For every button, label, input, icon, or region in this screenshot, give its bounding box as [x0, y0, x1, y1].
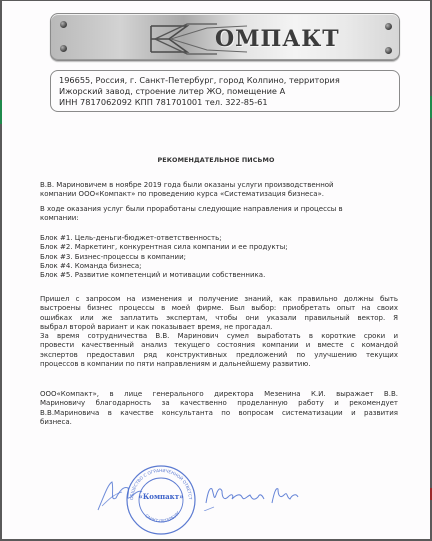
directions-paragraph: В ходе оказания услуг были проработаны с…: [40, 205, 398, 224]
text-line: выстроены бизнес процессы в моей фирме. …: [40, 304, 398, 313]
text-line: Мариновичу благодарность за качественно …: [40, 399, 398, 408]
text-line: компании:: [40, 214, 398, 223]
rivet-icon: [60, 45, 67, 52]
text-line: В.В. Мариновичем в ноябре 2019 года были…: [40, 181, 398, 190]
address-box: 196655, Россия, г. Санкт-Петербург, горо…: [50, 70, 400, 112]
text-line: В.В.Мариновича в качестве консультанта п…: [40, 409, 398, 418]
list-item: Блок #3. Бизнес-процессы в компании;: [40, 253, 398, 262]
document-page: ОМПАКТ 196655, Россия, г. Санкт-Петербур…: [2, 1, 430, 539]
text-line: выбрал второй вариант и как показывает в…: [40, 323, 398, 332]
document-title: РЕКОМЕНДАТЕЛЬНОЕ ПИСЬМО: [2, 156, 430, 164]
svg-text:САНКТ-ПЕТЕРБУРГ: САНКТ-ПЕТЕРБУРГ: [144, 510, 181, 524]
company-logo: ОМПАКТ: [147, 22, 367, 56]
text-line: ООО«Компакт», в лице генерального директ…: [40, 390, 398, 399]
address-line: 196655, Россия, г. Санкт-Петербург, горо…: [59, 75, 340, 86]
text-line: В ходе оказания услуг были проработаны с…: [40, 205, 398, 214]
text-line: провести качественный анализ текущего со…: [40, 341, 398, 350]
rivet-icon: [385, 47, 392, 54]
list-item: Блок #5. Развитие компетенций и мотиваци…: [40, 271, 398, 280]
request-paragraph: Пришел с запросом на изменения и получен…: [40, 295, 398, 369]
list-item: Блок #4. Команда бизнеса;: [40, 262, 398, 271]
closing-paragraph: ООО«Компакт», в лице генерального директ…: [40, 390, 398, 427]
logo-text: ОМПАКТ: [215, 26, 340, 52]
text-line: экспертов предоставил ряд конструктивных…: [40, 351, 398, 360]
text-line: бизнеса.: [40, 418, 398, 427]
list-item: Блок #2. Маркетинг, конкурентная сила ко…: [40, 243, 398, 252]
text-line: процессов в компании по пяти направления…: [40, 360, 398, 369]
signature-scribble-icon: [94, 476, 144, 516]
text-line: компании ООО«Компакт» по проведению курс…: [40, 190, 398, 199]
list-item: Блок #1. Цель-деньги-бюджет-ответственно…: [40, 234, 398, 243]
address-line: Ижорский завод, строение литер ЖО, помещ…: [59, 86, 285, 97]
text-line: Пришел с запросом на изменения и получен…: [40, 295, 398, 304]
requisites-line: ИНН 7817062092 КПП 781701001 тел. 322-85…: [59, 97, 268, 108]
rivet-icon: [60, 21, 67, 28]
letterhead-banner: ОМПАКТ: [50, 13, 400, 61]
intro-paragraph: В.В. Мариновичем в ноябре 2019 года были…: [40, 181, 398, 200]
text-line: За время сотрудничества В.В. Маринович с…: [40, 332, 398, 341]
blocks-list: Блок #1. Цель-деньги-бюджет-ответственно…: [40, 234, 398, 280]
rivet-icon: [385, 23, 392, 30]
text-line: ошибках или же заплатить экспертам, чтоб…: [40, 314, 398, 323]
director-signature-icon: [202, 481, 302, 511]
